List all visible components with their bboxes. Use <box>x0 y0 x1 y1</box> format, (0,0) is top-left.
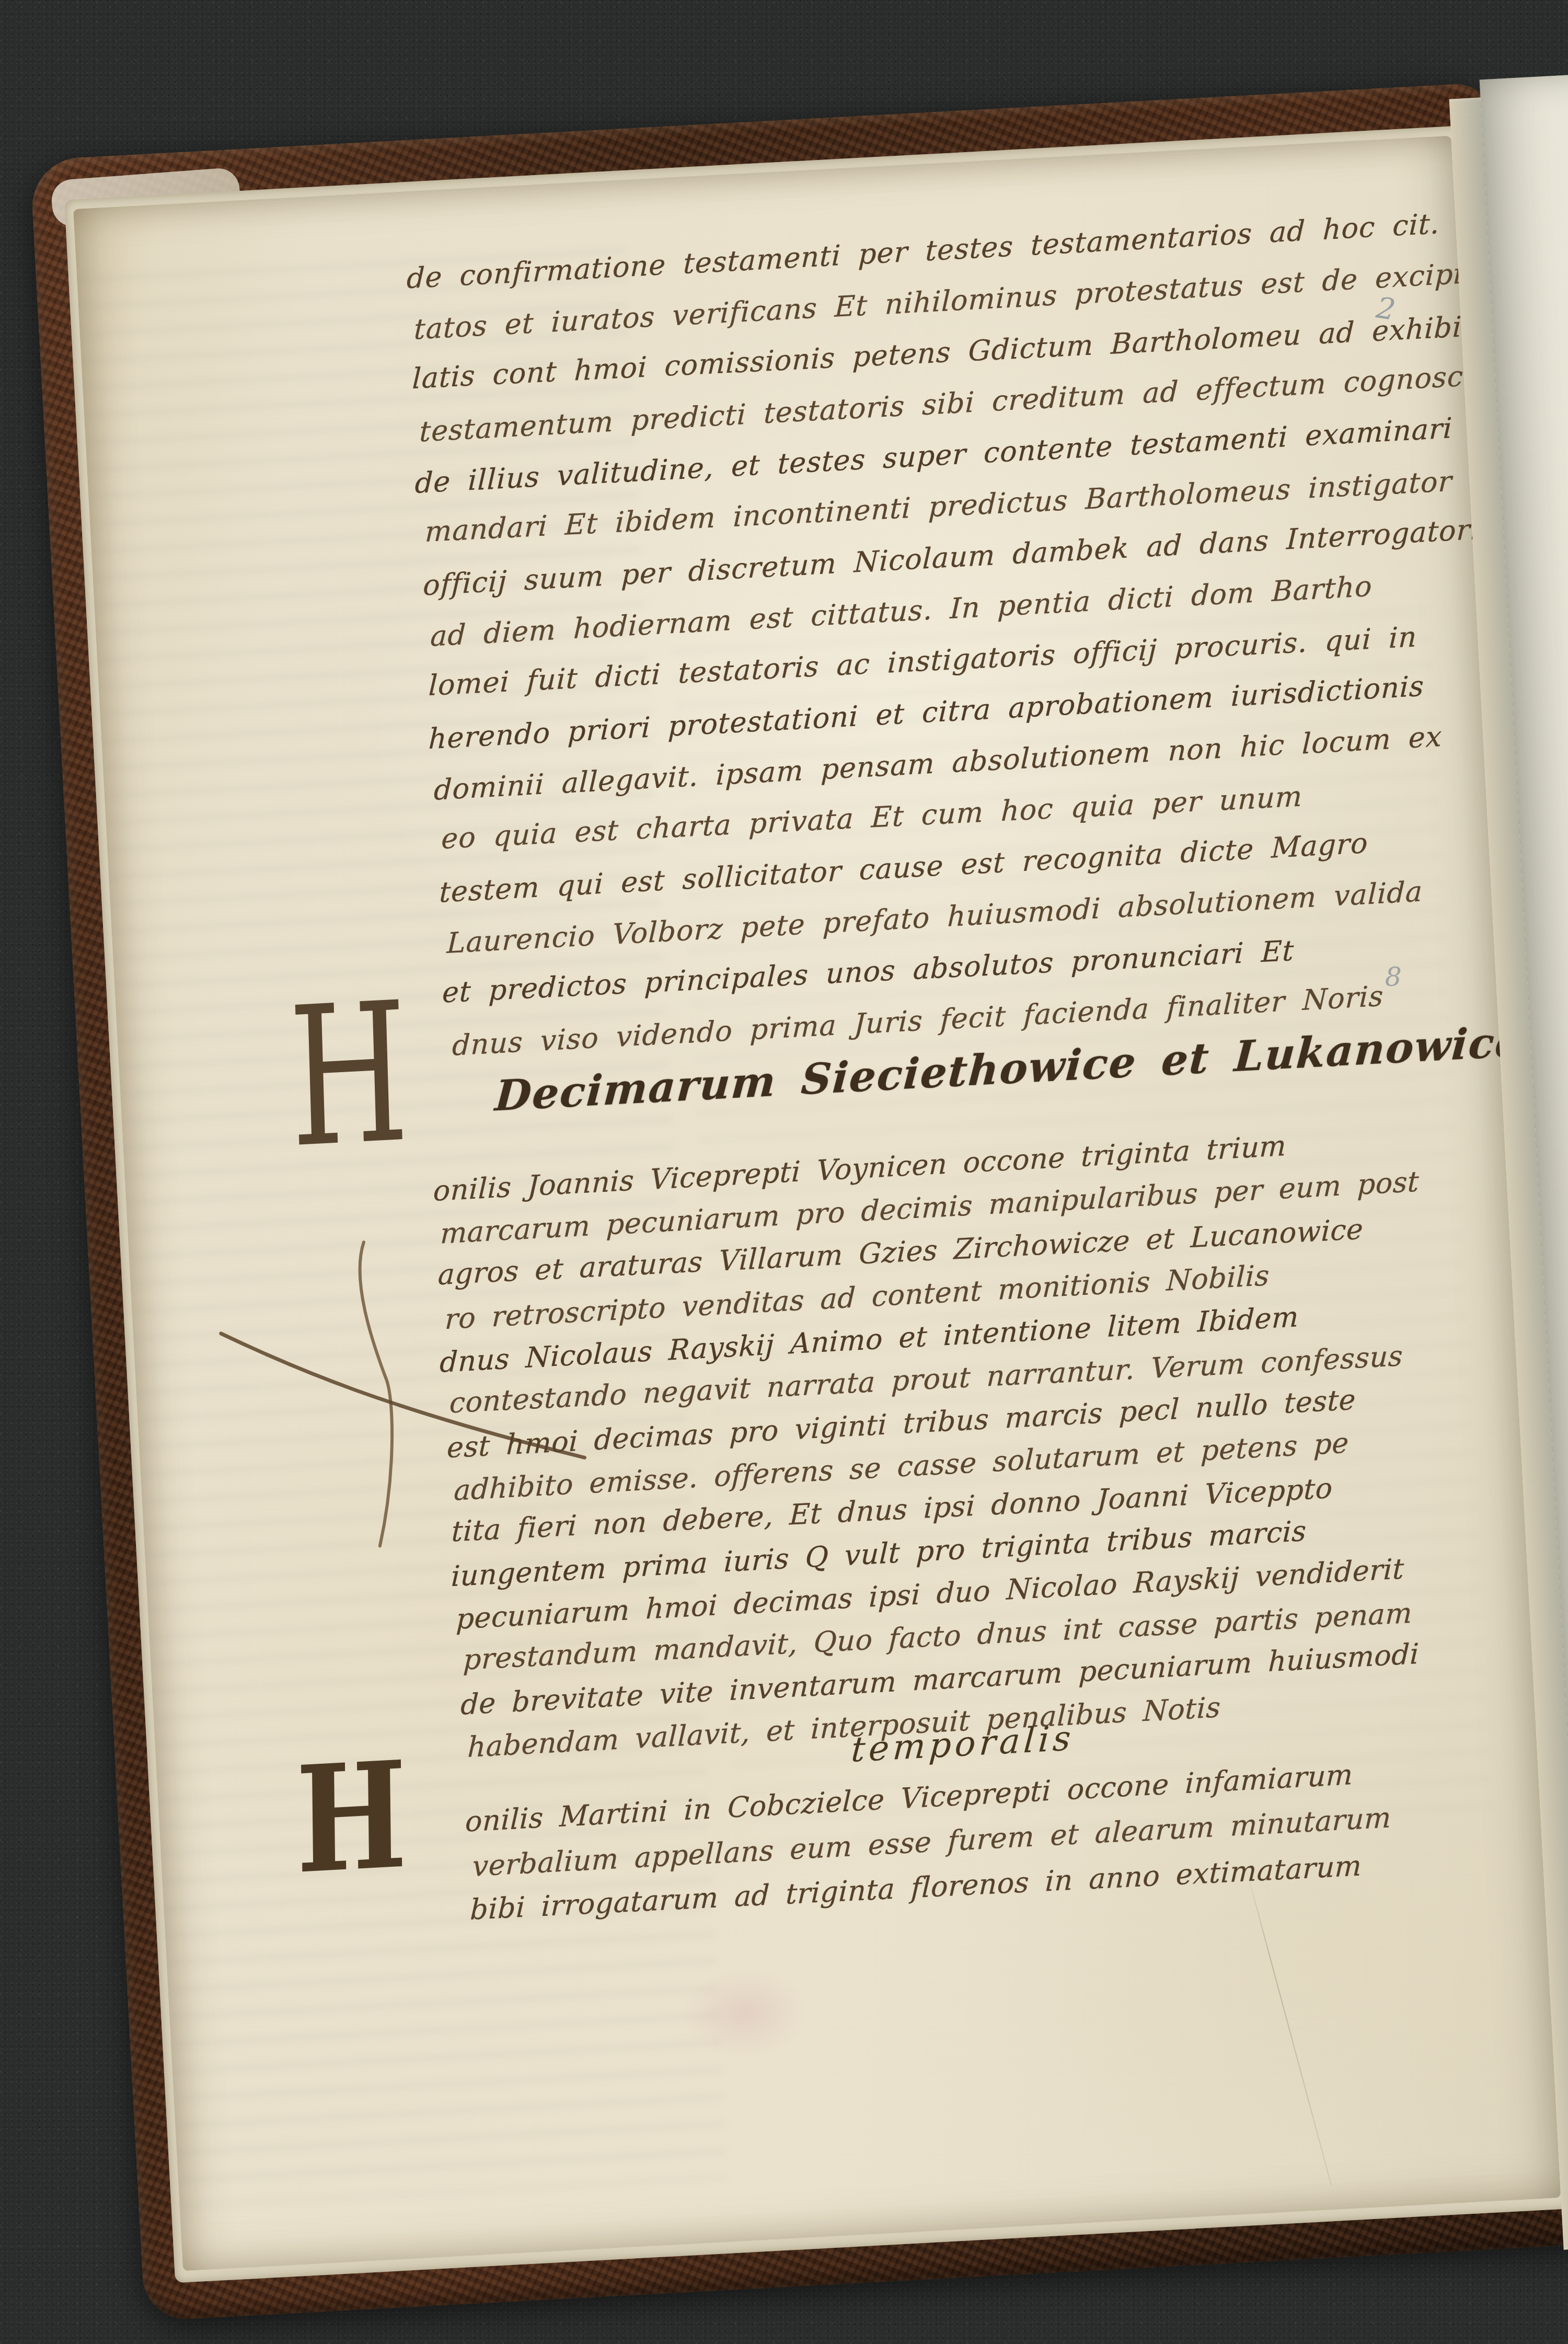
margin-mark-lower: 8 <box>1385 961 1402 992</box>
open-manuscript-book: de confirmatione testamenti per testes t… <box>73 129 1568 2287</box>
marginal-initial-h-2: H <box>295 1742 408 1894</box>
paper-crease <box>1244 1862 1332 2186</box>
paragraph-decimarum-entry: onilis Joannis Viceprepti Voynicen occon… <box>432 1118 1448 1770</box>
manuscript-left-page: de confirmatione testamenti per testes t… <box>73 136 1561 2271</box>
photograph-scene: de confirmatione testamenti per testes t… <box>0 0 1568 2344</box>
marginal-initial-h-1: H <box>287 976 410 1175</box>
